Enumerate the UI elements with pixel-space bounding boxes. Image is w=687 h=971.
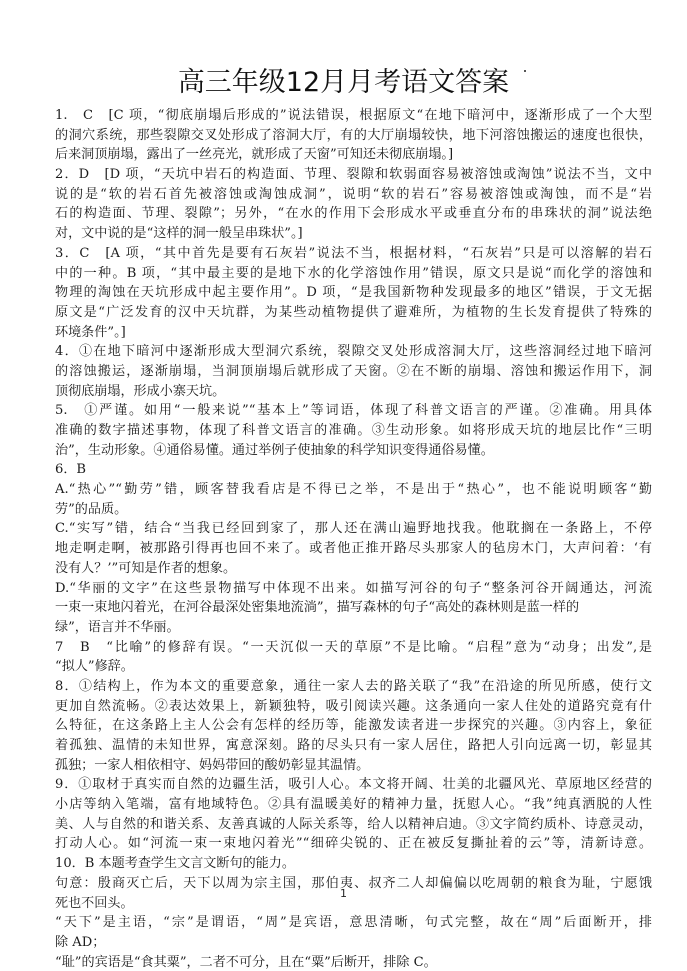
page-number: 1 [0, 887, 687, 900]
text-line: 中的一种。B 项，“其中最主要的是地下水的化学溶蚀作用”错误，原文只是说“而化学… [55, 264, 652, 284]
text-line: 么特征，在这条路上主人公会有怎样的经历等，能激发读者进一步探究的兴趣。③内容上，… [55, 716, 652, 736]
text-line: 2．D [D 项，“天坑中岩石的构造面、节理、裂隙和软弱面容易被溶蚀或淘蚀”说法… [55, 165, 652, 185]
text-line: D.“华丽的文字”在这些景物描写中体现不出来。如描写河谷的句子“整条河谷开阔通达… [55, 579, 652, 599]
text-line: 说的是“软的岩石首先被溶蚀或淘蚀成洞”，说明“软的岩石”容易被溶蚀或淘蚀，而不是… [55, 185, 652, 205]
text-line: 10．B 本题考查学生文言文断句的能力。 [55, 854, 652, 874]
text-line: 顶彻底崩塌，形成小寨天坑。 [55, 382, 652, 402]
text-line: 9．①取材于真实而自然的边疆生活，吸引人心。本文将开阔、壮美的北疆风光、草原地区… [55, 775, 652, 795]
text-line: 7 B “比喻”的修辞有误。“一天沉似一天的草原”不是比喻。“启程”意为“动身；… [55, 638, 652, 658]
text-line: 环境条件”。] [55, 323, 652, 343]
text-line: “天下”是主语，“宗”是谓语，“周”是宾语，意思清晰，句式完整，故在“周”后面断… [55, 913, 652, 933]
text-line: 小店等纳入笔端，富有地域特色。②具有温暖美好的精神力量，抚慰人心。“我”纯真洒脱… [55, 795, 652, 815]
text-line: 打动人心。如“河流一束一束地闪着光”“细碎尖锐的、正在被反复撕扯着的云”等，清新… [55, 834, 652, 854]
stray-mark [524, 70, 526, 72]
text-line: 4．①在地下暗河中逐渐形成大型洞穴系统，裂隙交叉处形成溶洞大厅，这些溶洞经过地下… [55, 342, 652, 362]
text-line: 治”，生动形象。④通俗易懂。通过举例子使抽象的科学知识变得通俗易懂。 [55, 441, 652, 461]
text-line: 美、人与自然的和谐关系、友善真诚的人际关系等，给人以精神启迪。③文字简约质朴、诗… [55, 815, 652, 835]
text-line: 更加自然流畅。②表达效果上，新颖独特，吸引阅读兴趣。这条通向一家人住处的道路究竟… [55, 697, 652, 717]
document-title: 高三年级12月月考语文答案 [0, 60, 687, 99]
text-line: 的洞穴系统，那些裂隙交叉处形成了溶洞大厅，有的大厅崩塌较快，地下河溶蚀搬运的速度… [55, 126, 652, 146]
text-line: 孤独；一家人相依相守、妈妈带回的酸奶彰显其温情。 [55, 756, 652, 776]
answer-body: 1. C [C 项，“彻底崩塌后形成的”说法错误，根据原文“在地下暗河中，逐渐形… [55, 106, 652, 971]
text-line: 对，文中说的是“这样的洞一般呈串珠状”。] [55, 224, 652, 244]
text-line: 8．①结构上，作为本文的重要意象，通往一家人去的路关联了“我”在沿途的所见所感，… [55, 677, 652, 697]
text-line: 除 AD； [55, 933, 652, 953]
text-line: “拟人”修辞。 [55, 657, 652, 677]
text-line: 地走啊走啊，被那路引得再也回不来了。或者他正推开路尽头那家人的毡房木门，大声问着… [55, 539, 652, 559]
text-line: 准确的数字描述事物，体现了科普文语言的准确。③生动形象。如将形成天坑的地层比作“… [55, 421, 652, 441]
text-line: 原文是“广泛发育的汉中天坑群，为某些动植物提供了避难所，为植物的生长发育提供了特… [55, 303, 652, 323]
text-line: 的溶蚀搬运，逐渐崩塌，当洞顶崩塌后就形成了天窗。②在不断的崩塌、溶蚀和搬运作用下… [55, 362, 652, 382]
text-line: 后来洞顶崩塌，露出了一丝亮光，就形成了天窗”可知还未彻底崩塌。] [55, 145, 652, 165]
text-line: 物理的淘蚀在天坑形成中起主要作用”。D 项，“是我国新物种发现最多的地区”错误，… [55, 283, 652, 303]
text-line: 劳”的品质。 [55, 500, 652, 520]
text-line: 没有人？’”可知是作者的想象。 [55, 559, 652, 579]
text-line: 石的构造面、节理、裂隙”；另外，“在水的作用下会形成水平或垂直分布的串珠状的洞”… [55, 204, 652, 224]
text-line: 绿”，语言并不华丽。 [55, 618, 652, 638]
text-line: 一束一束地闪着光，在河谷最深处密集地流淌”，描写森林的句子“高处的森林则是蓝一样… [55, 598, 652, 618]
text-line: C.“实写”错，结合“当我已经回到家了，那人还在满山遍野地找我。他耽搁在一条路上… [55, 519, 652, 539]
text-line: 3．C [A 项，“其中首先是要有石灰岩”说法不当，根据材料，“石灰岩”只是可以… [55, 244, 652, 264]
text-line: 5. ①严谨。如用“一般来说”“基本上”等词语，体现了科普文语言的严谨。②准确。… [55, 401, 652, 421]
text-line: 6．B [55, 460, 652, 480]
text-line: “耻”的宾语是“食其粟”，二者不可分，且在“粟”后断开，排除 C。 [55, 953, 652, 971]
text-line: A.“热心”“勤劳”错，顾客替我看店是不得已之举，不是出于“热心”，也不能说明顾… [55, 480, 652, 500]
text-line: 着孤独、温情的未知世界，寓意深刻。路的尽头只有一家人居住，路把人引向远离一切，彰… [55, 736, 652, 756]
text-line: 1. C [C 项，“彻底崩塌后形成的”说法错误，根据原文“在地下暗河中，逐渐形… [55, 106, 652, 126]
